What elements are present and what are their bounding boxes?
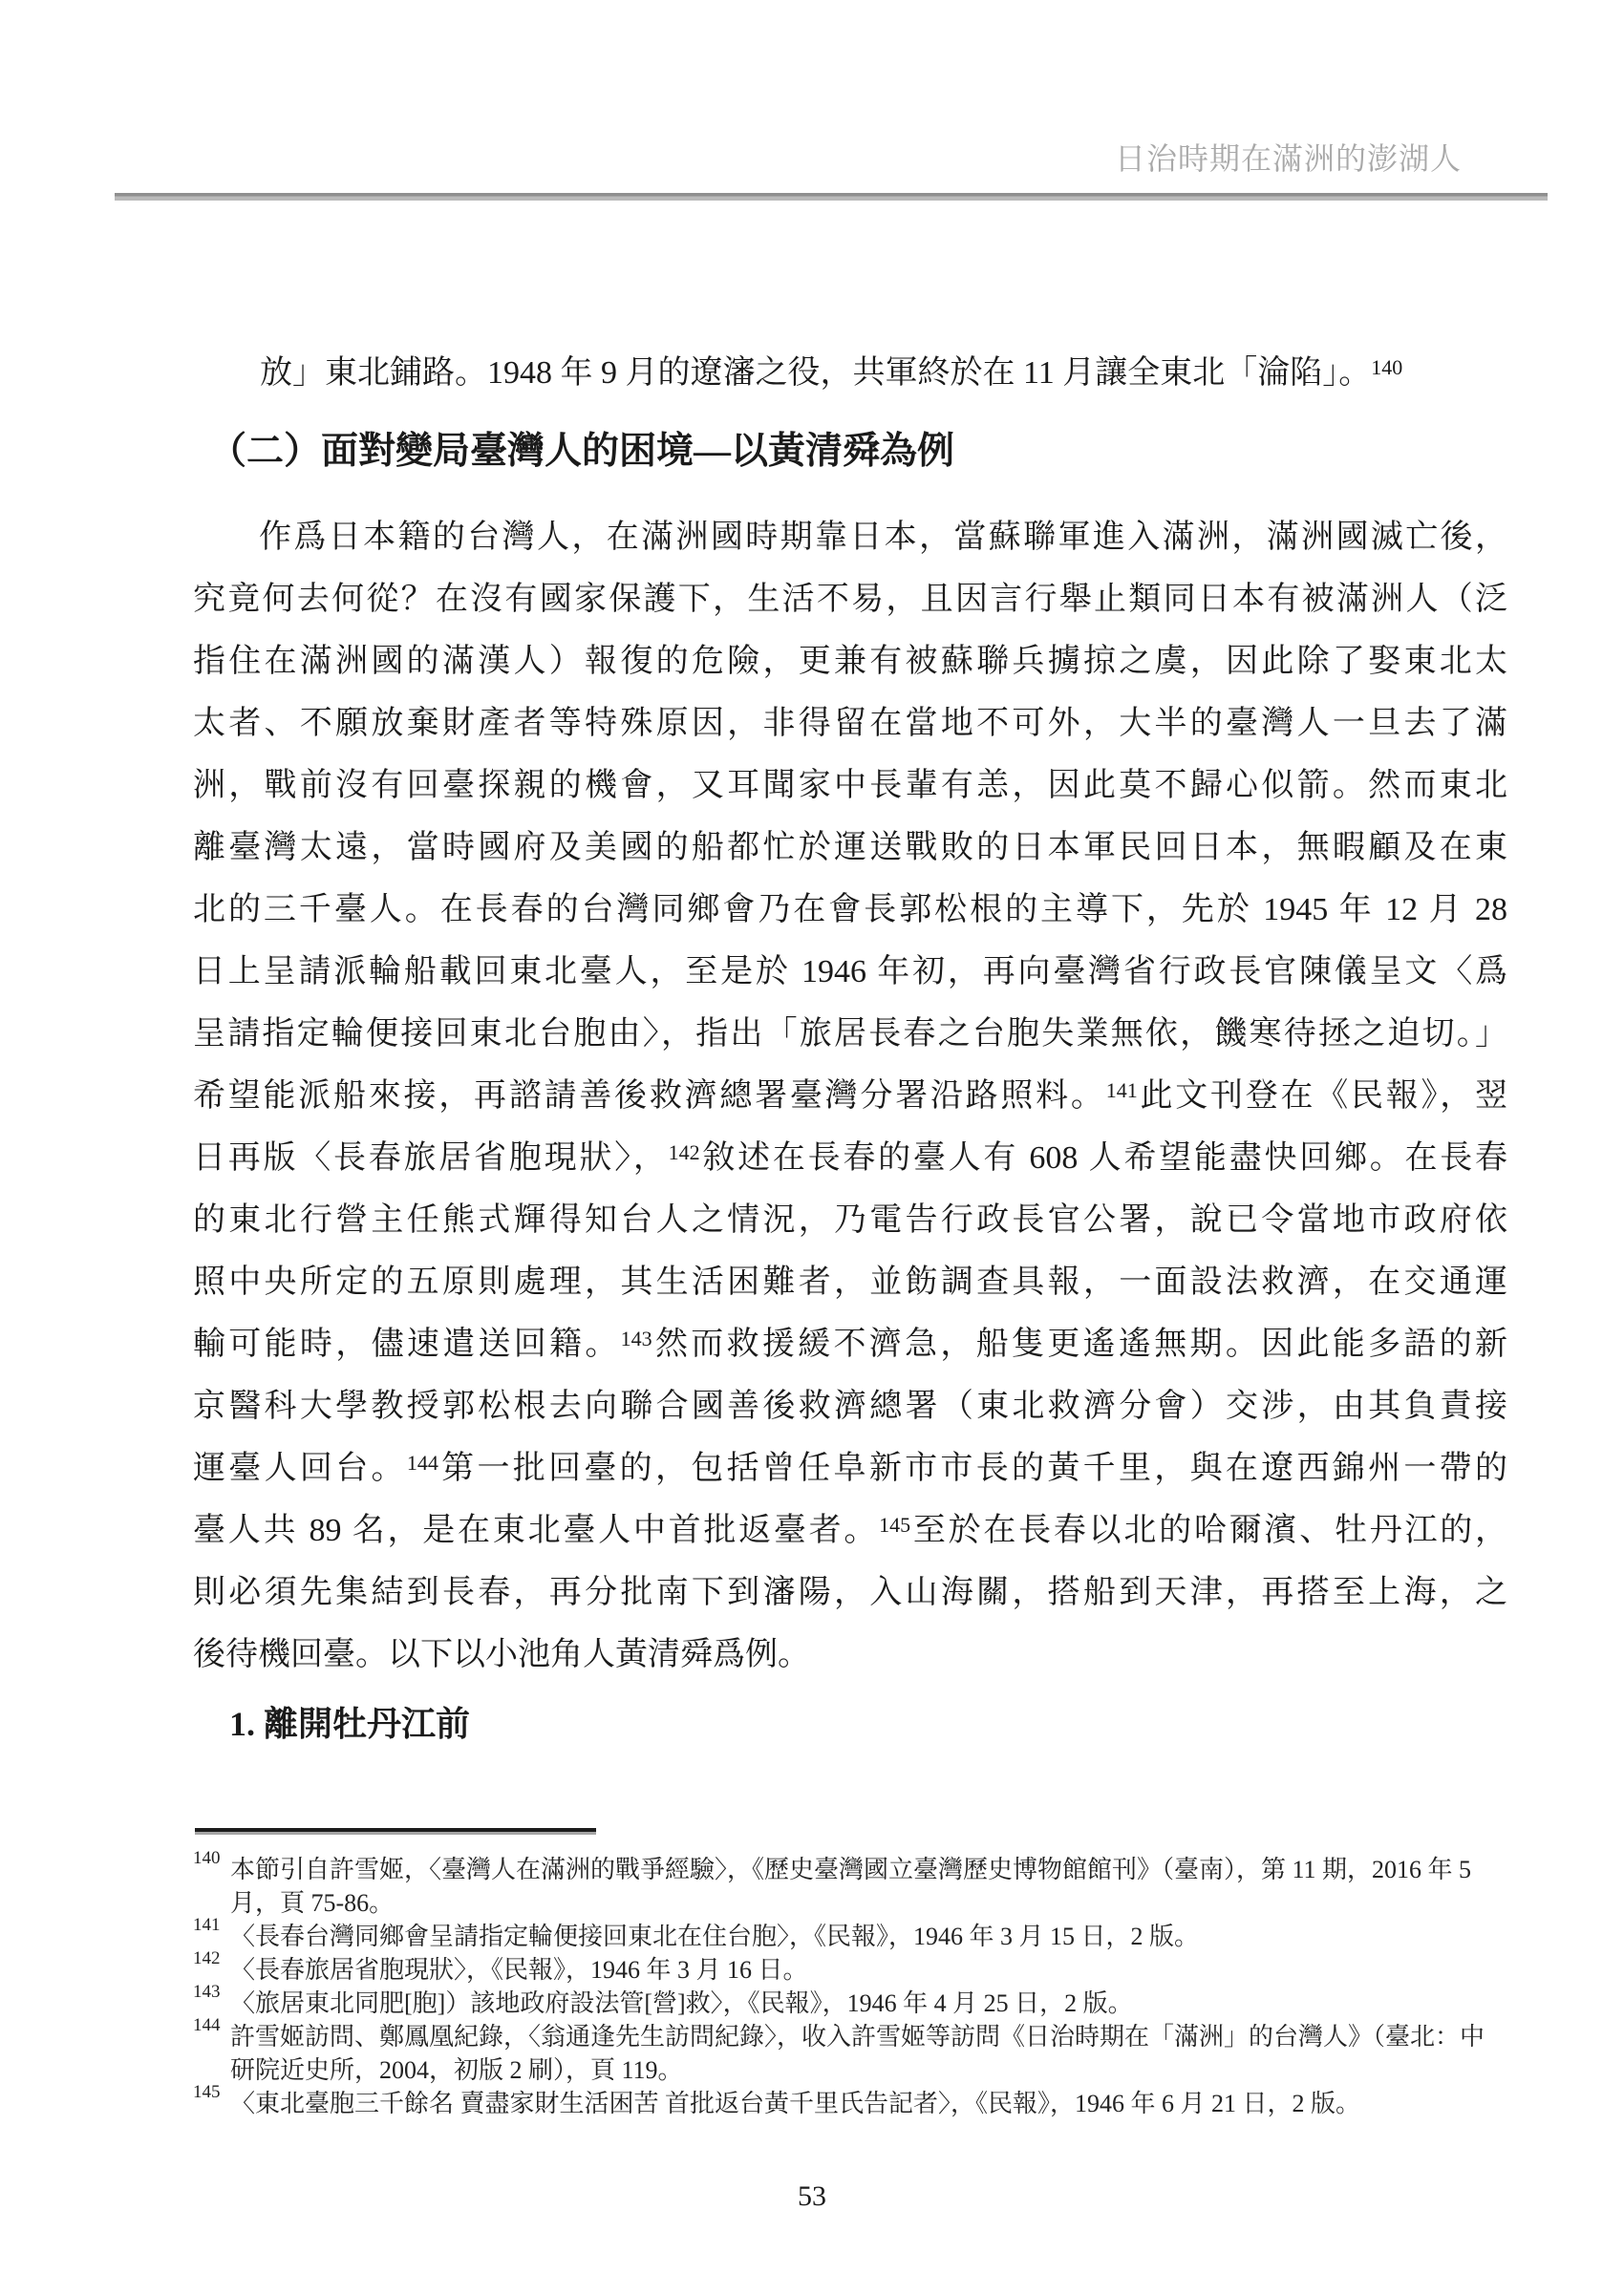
- document-page: 日治時期在滿洲的澎湖人 放」東北鋪路。1948 年 9 月的遼瀋之役，共軍終於在…: [0, 0, 1624, 2296]
- footnote-item: 140 本節引自許雪姬，〈臺灣人在滿洲的戰爭經驗〉，《歷史臺灣國立臺灣歷史博物館…: [193, 1853, 1521, 1920]
- footnote-ref: 142: [669, 1140, 700, 1164]
- paragraph-line: 希望能派船來接，再諮請善後救濟總署臺灣分署沿路照料。141此文刊登在《民報》，翌: [193, 1065, 1507, 1127]
- page-number: 53: [0, 2180, 1624, 2213]
- footnote-line: 〈東北臺胞三千餘名 賣盡家財生活困苦 首批返台黃千里氏告記者〉，《民報》，194…: [230, 2087, 1521, 2120]
- footnote-ref: 145: [879, 1513, 910, 1537]
- footnote-ref: 141: [1106, 1078, 1138, 1102]
- footnote-line: 本節引自許雪姬，〈臺灣人在滿洲的戰爭經驗〉，《歷史臺灣國立臺灣歷史博物館館刊》（…: [230, 1853, 1521, 1886]
- footnote-item: 144 許雪姬訪問、鄭鳳凰紀錄，〈翁通逢先生訪問紀錄〉，收入許雪姬等訪問《日治時…: [193, 2020, 1521, 2087]
- subsection-heading: 1. 離開牡丹江前: [229, 1706, 470, 1742]
- paragraph-line: 的東北行營主任熊式輝得知台人之情況，乃電告行政長官公署，說已令當地市政府依: [193, 1189, 1507, 1251]
- footnote-line: 〈長春旅居省胞現狀〉，《民報》，1946 年 3 月 16 日。: [230, 1953, 1521, 1987]
- paragraph-line: 臺人共 89 名，是在東北臺人中首批返臺者。145至於在長春以北的哈爾濱、牡丹江…: [193, 1499, 1507, 1562]
- paragraph-line: 作爲日本籍的台灣人，在滿洲國時期靠日本，當蘇聯軍進入滿洲，滿洲國滅亡後，: [193, 506, 1507, 568]
- footnote-item: 142 〈長春旅居省胞現狀〉，《民報》，1946 年 3 月 16 日。: [193, 1953, 1521, 1987]
- continuation-paragraph-line: 放」東北鋪路。1948 年 9 月的遼瀋之役，共軍終於在 11 月讓全東北「淪陷…: [193, 342, 1507, 404]
- paragraph-line: 照中央所定的五原則處理，其生活困難者，並飭調查具報，一面設法救濟，在交通運: [193, 1251, 1507, 1313]
- paragraph-line: 北的三千臺人。在長春的台灣同鄉會乃在會長郭松根的主導下，先於 1945 年 12…: [193, 879, 1507, 941]
- paragraph-line: 指住在滿洲國的滿漢人）報復的危險，更兼有被蘇聯兵擄掠之虞，因此除了娶東北太: [193, 630, 1507, 692]
- running-header-title: 日治時期在滿洲的澎湖人: [1115, 135, 1462, 179]
- footnotes-section: 140 本節引自許雪姬，〈臺灣人在滿洲的戰爭經驗〉，《歷史臺灣國立臺灣歷史博物館…: [193, 1853, 1521, 2120]
- footnote-line: 許雪姬訪問、鄭鳳凰紀錄，〈翁通逢先生訪問紀錄〉，收入許雪姬等訪問《日治時期在「滿…: [230, 2020, 1521, 2053]
- paragraph-line: 京醫科大學教授郭松根去向聯合國善後救濟總署（東北救濟分會）交涉，由其負責接: [193, 1375, 1507, 1437]
- paragraph-line: 究竟何去何從？在沒有國家保護下，生活不易，且因言行舉止類同日本有被滿洲人（泛: [193, 568, 1507, 630]
- paragraph-line: 太者、不願放棄財產者等特殊原因，非得留在當地不可外，大半的臺灣人一旦去了滿: [193, 692, 1507, 755]
- body-paragraph: 作爲日本籍的台灣人，在滿洲國時期靠日本，當蘇聯軍進入滿洲，滿洲國滅亡後， 究竟何…: [193, 506, 1507, 1686]
- section-heading: （二）面對變局臺灣人的困境—以黃清舜為例: [209, 432, 954, 472]
- footnote-ref: 143: [621, 1327, 652, 1350]
- footnote-number: 143: [193, 1982, 221, 2003]
- paragraph-line: 日上呈請派輪船載回東北臺人，至是於 1946 年初，再向臺灣省行政長官陳儀呈文〈…: [193, 941, 1507, 1003]
- footnote-item: 143 〈旅居東北同肥[胞]）該地政府設法管[營]救〉，《民報》，1946 年 …: [193, 1987, 1521, 2020]
- footnote-number: 144: [193, 2015, 221, 2036]
- footnote-line: 〈長春台灣同鄉會呈請指定輪便接回東北在住台胞〉，《民報》，1946 年 3 月 …: [230, 1920, 1521, 1953]
- footnote-number: 145: [193, 2082, 221, 2103]
- footnote-item: 145 〈東北臺胞三千餘名 賣盡家財生活困苦 首批返台黃千里氏告記者〉，《民報》…: [193, 2087, 1521, 2120]
- footnote-line: 月，頁 75-86。: [230, 1886, 1521, 1920]
- paragraph-line: 洲，戰前沒有回臺探親的機會，又耳聞家中長輩有恙，因此莫不歸心似箭。然而東北: [193, 755, 1507, 817]
- footnote-divider: [195, 1828, 596, 1835]
- footnote-line: 研院近史所，2004，初版 2 刷），頁 119。: [230, 2053, 1521, 2087]
- paragraph-line: 運臺人回台。144第一批回臺的，包括曾任阜新市市長的黃千里，與在遼西錦州一帶的: [193, 1437, 1507, 1499]
- footnote-ref: 144: [407, 1451, 438, 1475]
- header-rule: [115, 193, 1548, 201]
- footnote-number: 141: [193, 1915, 221, 1936]
- footnote-line: 〈旅居東北同肥[胞]）該地政府設法管[營]救〉，《民報》，1946 年 4 月 …: [230, 1987, 1521, 2020]
- paragraph-line: 則必須先集結到長春，再分批南下到瀋陽，入山海關，搭船到天津，再搭至上海，之: [193, 1562, 1507, 1624]
- paragraph-line: 離臺灣太遠，當時國府及美國的船都忙於運送戰敗的日本軍民回日本，無暇顧及在東: [193, 817, 1507, 879]
- footnote-ref: 140: [1371, 355, 1402, 379]
- paragraph-line: 後待機回臺。以下以小池角人黃清舜爲例。: [193, 1624, 1507, 1686]
- continuation-text: 放」東北鋪路。1948 年 9 月的遼瀋之役，共軍終於在 11 月讓全東北「淪陷…: [260, 355, 1402, 391]
- footnote-item: 141 〈長春台灣同鄉會呈請指定輪便接回東北在住台胞〉，《民報》，1946 年 …: [193, 1920, 1521, 1953]
- paragraph-line: 呈請指定輪便接回東北台胞由〉，指出「旅居長春之台胞失業無依，饑寒待拯之迫切。」: [193, 1003, 1507, 1065]
- paragraph-line: 輸可能時，儘速遣送回籍。143然而救援緩不濟急，船隻更遙遙無期。因此能多語的新: [193, 1313, 1507, 1375]
- footnote-number: 140: [193, 1848, 221, 1869]
- paragraph-line: 日再版〈長春旅居省胞現狀〉，142敘述在長春的臺人有 608 人希望能盡快回鄉。…: [193, 1127, 1507, 1189]
- footnote-number: 142: [193, 1948, 221, 1969]
